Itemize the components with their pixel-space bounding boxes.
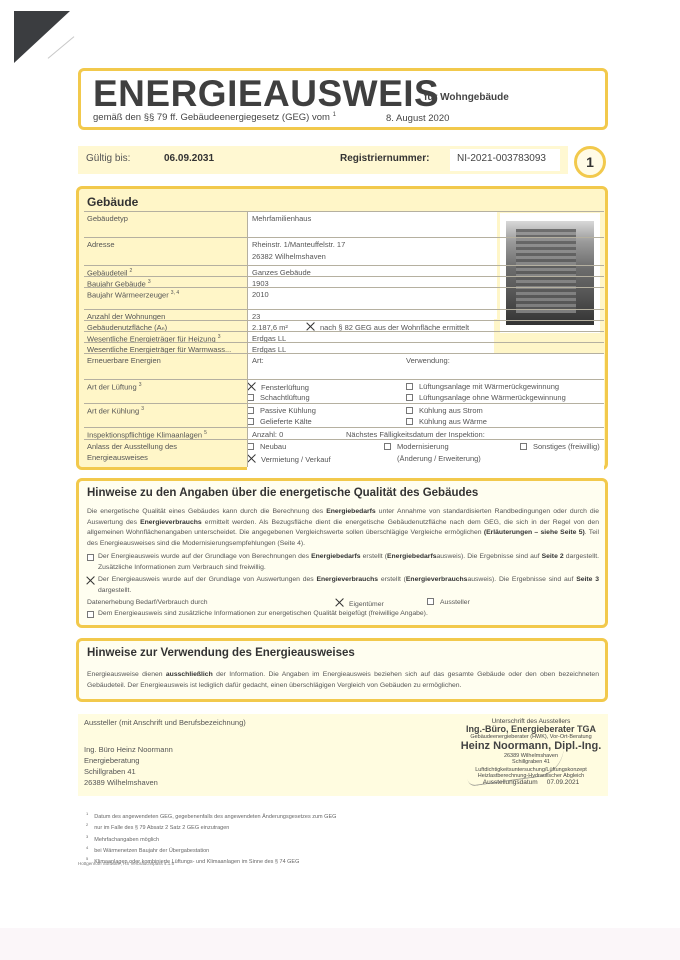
option-additional-info[interactable]: Dem Energieausweis sind zusätzliche Info…	[87, 609, 599, 620]
usage-hints-title: Hinweise zur Verwendung des Energieauswe…	[87, 647, 355, 659]
footnote-item: 3Mehrfachangaben möglich	[86, 833, 336, 844]
checkbox-icon	[520, 443, 527, 450]
registration-number: NI-2021-003783093	[450, 149, 560, 171]
page-number-badge: 1	[574, 146, 606, 178]
option-kuehlung-waerme[interactable]: Kühlung aus Wärme	[406, 417, 487, 426]
option-gelieferte-kaelte[interactable]: Gelieferte Kälte	[247, 417, 312, 426]
checkbox-icon	[87, 611, 94, 618]
checkbox-icon	[384, 443, 391, 450]
option-lueftung-ohne-wrg[interactable]: Lüftungsanlage ohne Wärmerückgewinnung	[406, 393, 566, 402]
cooling-row: Art der Kühlung 3 Passive Kühlung Gelief…	[84, 403, 604, 427]
document-title: ENERGIEAUSWEIS	[93, 73, 439, 115]
quality-hints-title: Hinweise zu den Angaben über die energet…	[87, 487, 478, 499]
inspection-row: Inspektionspflichtige Klimaanlagen 5 Anz…	[84, 427, 604, 439]
table-row: GebäudetypMehrfamilienhaus	[84, 211, 604, 237]
validity-bar: Gültig bis: 06.09.2031 Registriernummer:…	[78, 146, 568, 174]
option-lueftung-mit-wrg[interactable]: Lüftungsanlage mit Wärmerückgewinnung	[406, 382, 559, 391]
table-row: Wesentliche Energieträger für Warmwass..…	[84, 342, 604, 353]
software-credit: Hottgenroth Software, HS Verbrauchspass …	[78, 861, 174, 866]
document-header: ENERGIEAUSWEIS für Wohngebäude gemäß den…	[78, 68, 608, 130]
checkbox-icon	[247, 443, 254, 450]
law-date: 8. August 2020	[386, 113, 449, 124]
table-row: Baujahr Gebäude 31903	[84, 276, 604, 287]
table-row: AdresseRheinstr. 1/Manteuffelstr. 17 263…	[84, 237, 604, 265]
ventilation-row: Art der Lüftung 3 Fensterlüftung Schacht…	[84, 379, 604, 403]
footnote-item: 2nur im Falle des § 79 Absatz 2 Satz 2 G…	[86, 821, 336, 832]
page-corner-mark	[14, 11, 70, 63]
checkbox-checked-icon	[247, 454, 256, 463]
checkbox-icon	[406, 394, 413, 401]
table-row: Wesentliche Energieträger für Heizung 3E…	[84, 331, 604, 342]
option-vermietung-verkauf[interactable]: Vermietung / Verkauf	[247, 454, 331, 464]
data-collection-row: Datenerhebung Bedarf/Verbrauch durch Eig…	[87, 598, 599, 609]
usage-hints-paragraph: Energieausweise dienen ausschließlich de…	[87, 670, 599, 691]
table-row: Baujahr Wärmeerzeuger 3, 42010	[84, 287, 604, 309]
option-passive-kuehlung[interactable]: Passive Kühlung	[247, 406, 316, 415]
reason-row: Anlass der Ausstellung des Energieauswei…	[84, 439, 604, 467]
issue-date: 07.09.2021	[547, 779, 580, 786]
table-row: Erneuerbare EnergienArt: Verwendung:	[84, 353, 604, 379]
option-issuer[interactable]: Aussteller	[427, 598, 470, 609]
building-section-title: Gebäude	[87, 195, 138, 209]
checkbox-checked-icon	[86, 576, 95, 585]
option-consumption-certificate[interactable]: Der Energieausweis wurde auf der Grundla…	[87, 575, 599, 596]
page-bottom-margin	[0, 928, 680, 960]
footnotes: 1Datum des angewendeten GEG, gegebenenfa…	[86, 810, 336, 867]
valid-until-label: Gültig bis:	[86, 153, 130, 164]
checkbox-checked-icon	[335, 598, 344, 607]
quality-hints-section: Hinweise zu den Angaben über die energet…	[76, 478, 608, 628]
table-row: Gebäudeteil 2Ganzes Gebäude	[84, 265, 604, 276]
valid-until-value: 06.09.2031	[164, 153, 214, 164]
checkbox-checked-icon	[306, 322, 315, 331]
document-subtitle: für Wohngebäude	[424, 92, 509, 103]
table-row: Anzahl der Wohnungen23	[84, 309, 604, 320]
issuer-stamp: Unterschrift des Ausstellers Ing.-Büro, …	[446, 718, 616, 803]
usage-hints-section: Hinweise zur Verwendung des Energieauswe…	[76, 638, 608, 702]
building-section: Gebäude GebäudetypMehrfamilienhaus Adres…	[76, 186, 608, 470]
option-modernisierung[interactable]: Modernisierung	[384, 442, 449, 451]
footnote-item: 4bei Wärmenetzen Baujahr der Übergabesta…	[86, 844, 336, 855]
checkbox-checked-icon	[247, 382, 256, 391]
option-neubau[interactable]: Neubau	[247, 442, 286, 451]
option-sonstiges[interactable]: Sonstiges (freiwillig)	[520, 442, 600, 451]
checkbox-icon	[406, 407, 413, 414]
issuer-address: Ing. Büro Heinz Noormann Energieberatung…	[84, 744, 173, 788]
option-schachtlueftung[interactable]: Schachtlüftung	[247, 393, 310, 402]
checkbox-icon	[87, 554, 94, 561]
checkbox-icon	[406, 383, 413, 390]
quality-hints-paragraph: Die energetische Qualität eines Gebäudes…	[87, 507, 599, 549]
checkbox-icon	[427, 598, 434, 605]
option-demand-certificate[interactable]: Der Energieausweis wurde auf der Grundla…	[87, 552, 599, 573]
footnote-item: 1Datum des angewendeten GEG, gegebenenfa…	[86, 810, 336, 821]
law-reference: gemäß den §§ 79 ff. Gebäudeenergiegesetz…	[93, 112, 336, 123]
option-fensterlueftung[interactable]: Fensterlüftung	[247, 382, 309, 392]
registration-label: Registriernummer:	[340, 153, 429, 164]
option-kuehlung-strom[interactable]: Kühlung aus Strom	[406, 406, 483, 415]
checkbox-icon	[247, 418, 254, 425]
checkbox-icon	[247, 394, 254, 401]
checkbox-icon	[247, 407, 254, 414]
checkbox-icon	[406, 418, 413, 425]
issuer-title: Aussteller (mit Anschrift und Berufsbeze…	[84, 718, 246, 727]
table-row: Gebäudenutzfläche (Aₙ)2.187,6 m² nach § …	[84, 320, 604, 331]
